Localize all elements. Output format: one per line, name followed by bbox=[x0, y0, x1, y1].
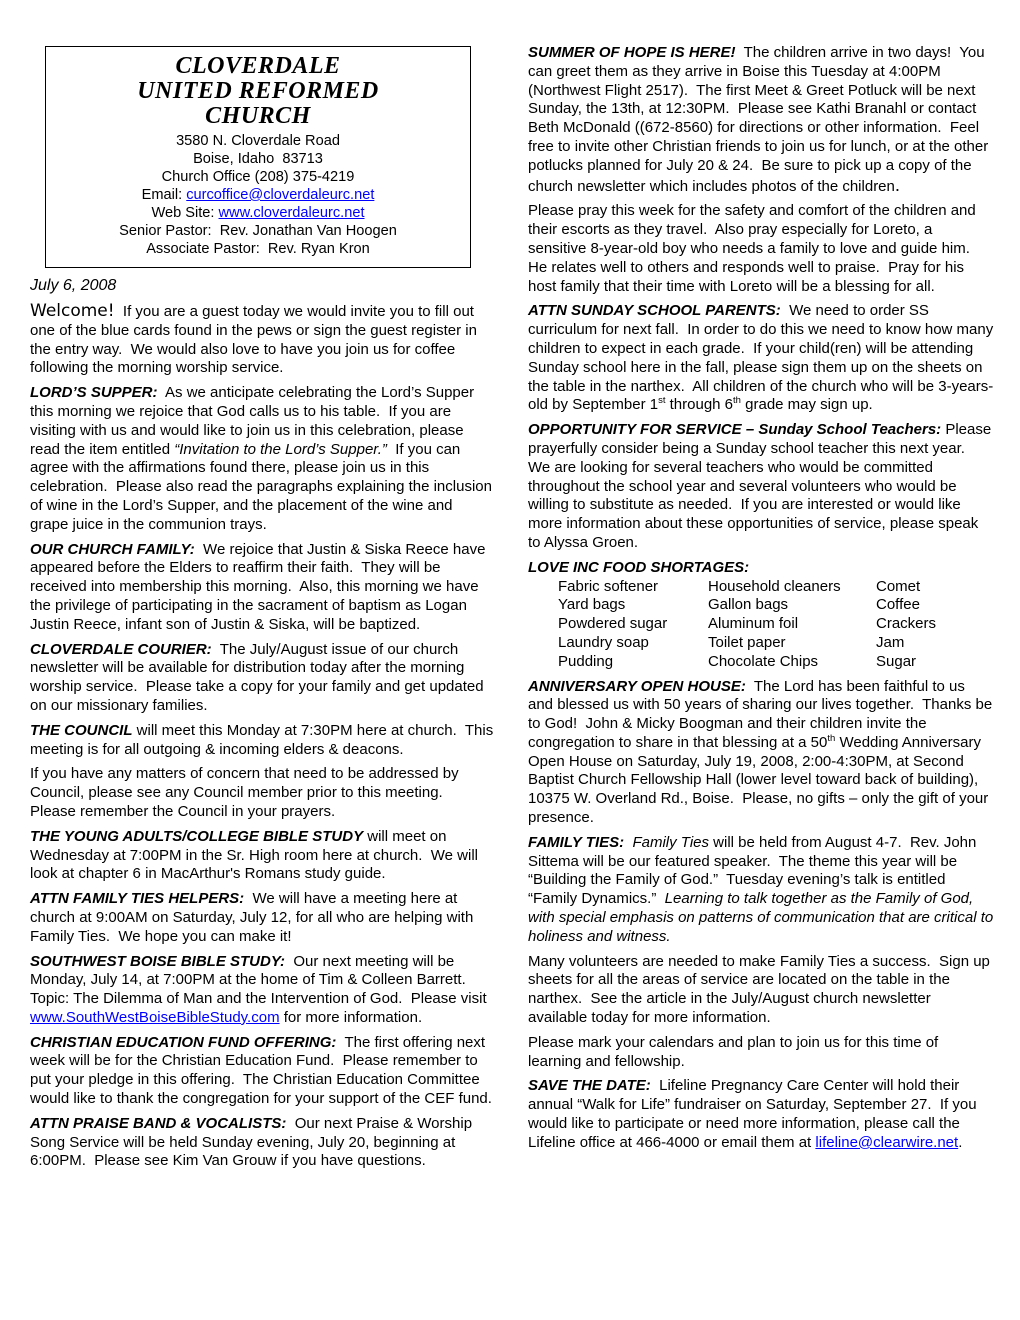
text-run: SAVE THE DATE: bbox=[528, 1077, 651, 1094]
text-run: The children arrive in two days! You can… bbox=[528, 44, 992, 195]
love-inc-heading: LOVE INC FOOD SHORTAGES: bbox=[528, 559, 994, 578]
text-run: ATTN FAMILY TIES HELPERS: bbox=[30, 890, 244, 907]
food-item: Jam bbox=[876, 634, 994, 653]
left-column: CLOVERDALE UNITED REFORMED CHURCH 3580 N… bbox=[30, 0, 494, 1177]
church-name: CLOVERDALE UNITED REFORMED CHURCH bbox=[48, 54, 468, 129]
text-run: 3580 N. Cloverdale Road bbox=[176, 133, 340, 149]
text-run: Church Office (208) 375-4219 bbox=[162, 169, 355, 185]
text-run: . bbox=[895, 174, 900, 195]
text-run: for more information. bbox=[280, 1009, 423, 1026]
text-run: Email: bbox=[142, 187, 187, 203]
text-run: Please prayerfully consider being a Sund… bbox=[528, 421, 995, 551]
announcement-the-council: THE COUNCIL will meet this Monday at 7:3… bbox=[30, 722, 494, 760]
church-phone-line: Church Office (208) 375-4219 bbox=[48, 168, 468, 186]
food-shortage-list: Fabric softener Household cleaners Comet… bbox=[558, 578, 994, 672]
announcement-prayer-request: Please pray this week for the safety and… bbox=[528, 202, 994, 296]
food-item: Coffee bbox=[876, 596, 994, 615]
website-link[interactable]: www.cloverdaleurc.net bbox=[219, 205, 365, 221]
text-run: FAMILY TIES: bbox=[528, 834, 624, 851]
church-name-line-3: CHURCH bbox=[48, 104, 468, 129]
announcement-welcome: Welcome! If you are a guest today we wou… bbox=[30, 302, 494, 378]
food-item: Gallon bags bbox=[708, 596, 876, 615]
text-run: through 6 bbox=[665, 396, 733, 413]
food-item: Fabric softener bbox=[558, 578, 708, 597]
food-item: Laundry soap bbox=[558, 634, 708, 653]
announcement-sw-boise-study: SOUTHWEST BOISE BIBLE STUDY: Our next me… bbox=[30, 953, 494, 1028]
text-run: Senior Pastor: Rev. Jonathan Van Hoogen bbox=[119, 223, 397, 239]
text-run: Boise, Idaho 83713 bbox=[193, 151, 323, 167]
text-run: If you have any matters of concern that … bbox=[30, 765, 463, 820]
text-run: OUR CHURCH FAMILY: bbox=[30, 541, 195, 558]
text-run: ATTN SUNDAY SCHOOL PARENTS: bbox=[528, 302, 781, 319]
text-run: ANNIVERSARY OPEN HOUSE: bbox=[528, 678, 746, 695]
food-item: Comet bbox=[876, 578, 994, 597]
text-run: ATTN PRAISE BAND & VOCALISTS: bbox=[30, 1115, 286, 1132]
announcement-save-the-date: SAVE THE DATE: Lifeline Pregnancy Care C… bbox=[528, 1077, 994, 1152]
text-run: LORD’S SUPPER: bbox=[30, 384, 158, 401]
right-column: SUMMER OF HOPE IS HERE! The children arr… bbox=[528, 0, 994, 1159]
text-run: THE COUNCIL bbox=[30, 722, 133, 739]
text-run: LOVE INC FOOD SHORTAGES: bbox=[528, 559, 749, 576]
senior-pastor-line: Senior Pastor: Rev. Jonathan Van Hoogen bbox=[48, 222, 468, 240]
announcement-opportunity-service: OPPORTUNITY FOR SERVICE – Sunday School … bbox=[528, 421, 994, 553]
church-contact-info: 3580 N. Cloverdale Road Boise, Idaho 837… bbox=[48, 132, 468, 258]
text-run: THE YOUNG ADULTS/COLLEGE BIBLE STUDY bbox=[30, 828, 363, 845]
announcement-sunday-school-parents: ATTN SUNDAY SCHOOL PARENTS: We need to o… bbox=[528, 302, 994, 415]
bible-study-link[interactable]: www.SouthWestBoiseBibleStudy.com bbox=[30, 1009, 280, 1026]
announcement-summer-of-hope: SUMMER OF HOPE IS HERE! The children arr… bbox=[528, 44, 994, 196]
announcement-our-church-family: OUR CHURCH FAMILY: We rejoice that Justi… bbox=[30, 541, 494, 635]
text-run: Please mark your calendars and plan to j… bbox=[528, 1034, 942, 1070]
text-run: “Invitation to the Lord’s Supper.” bbox=[174, 441, 387, 458]
announcement-mark-calendars: Please mark your calendars and plan to j… bbox=[528, 1034, 994, 1072]
text-run: Associate Pastor: Rev. Ryan Kron bbox=[146, 241, 370, 257]
issue-date: July 6, 2008 bbox=[30, 276, 494, 295]
church-email-line: Email: curcoffice@cloverdaleurc.net bbox=[48, 186, 468, 204]
text-run: Web Site: bbox=[151, 205, 218, 221]
text-run: grade may sign up. bbox=[741, 396, 873, 413]
text-run: CHRISTIAN EDUCATION FUND OFFERING: bbox=[30, 1034, 336, 1051]
church-website-line: Web Site: www.cloverdaleurc.net bbox=[48, 204, 468, 222]
associate-pastor-line: Associate Pastor: Rev. Ryan Kron bbox=[48, 240, 468, 258]
text-run: SUMMER OF HOPE IS HERE! bbox=[528, 44, 736, 61]
church-header-box: CLOVERDALE UNITED REFORMED CHURCH 3580 N… bbox=[45, 46, 471, 268]
text-run: CLOVERDALE COURIER: bbox=[30, 641, 212, 658]
announcement-family-ties-volunteers: Many volunteers are needed to make Famil… bbox=[528, 953, 994, 1028]
church-name-line-2: UNITED REFORMED bbox=[48, 79, 468, 104]
food-item: Chocolate Chips bbox=[708, 653, 876, 672]
announcement-family-ties: FAMILY TIES: Family Ties will be held fr… bbox=[528, 834, 994, 947]
church-name-line-1: CLOVERDALE bbox=[48, 54, 468, 79]
announcement-council-concerns: If you have any matters of concern that … bbox=[30, 765, 494, 821]
food-item: Household cleaners bbox=[708, 578, 876, 597]
announcement-young-adults-study: THE YOUNG ADULTS/COLLEGE BIBLE STUDY wil… bbox=[30, 828, 494, 884]
text-run: Many volunteers are needed to make Famil… bbox=[528, 953, 994, 1026]
announcement-praise-band: ATTN PRAISE BAND & VOCALISTS: Our next P… bbox=[30, 1115, 494, 1171]
announcement-cloverdale-courier: CLOVERDALE COURIER: The July/August issu… bbox=[30, 641, 494, 716]
food-item: Pudding bbox=[558, 653, 708, 672]
food-item: Crackers bbox=[876, 615, 994, 634]
food-item: Aluminum foil bbox=[708, 615, 876, 634]
text-run: th bbox=[733, 395, 741, 406]
lifeline-email-link[interactable]: lifeline@clearwire.net bbox=[815, 1134, 958, 1151]
text-run: Welcome! bbox=[30, 301, 115, 321]
announcement-family-ties-helpers: ATTN FAMILY TIES HELPERS: We will have a… bbox=[30, 890, 494, 946]
announcement-lords-supper: LORD’S SUPPER: As we anticipate celebrat… bbox=[30, 384, 494, 534]
announcement-cef-offering: CHRISTIAN EDUCATION FUND OFFERING: The f… bbox=[30, 1034, 494, 1109]
food-item: Toilet paper bbox=[708, 634, 876, 653]
text-run: Please pray this week for the safety and… bbox=[528, 202, 980, 294]
text-run: SOUTHWEST BOISE BIBLE STUDY: bbox=[30, 953, 285, 970]
food-item: Sugar bbox=[876, 653, 994, 672]
email-link[interactable]: curcoffice@cloverdaleurc.net bbox=[186, 187, 374, 203]
text-run: Family Ties bbox=[632, 834, 709, 851]
text-run: OPPORTUNITY FOR SERVICE – Sunday School … bbox=[528, 421, 941, 438]
food-item: Yard bags bbox=[558, 596, 708, 615]
announcement-anniversary-open-house: ANNIVERSARY OPEN HOUSE: The Lord has bee… bbox=[528, 678, 994, 828]
food-item: Powdered sugar bbox=[558, 615, 708, 634]
text-run: . bbox=[958, 1134, 962, 1151]
church-address-line: 3580 N. Cloverdale Road bbox=[48, 132, 468, 150]
church-city-line: Boise, Idaho 83713 bbox=[48, 150, 468, 168]
